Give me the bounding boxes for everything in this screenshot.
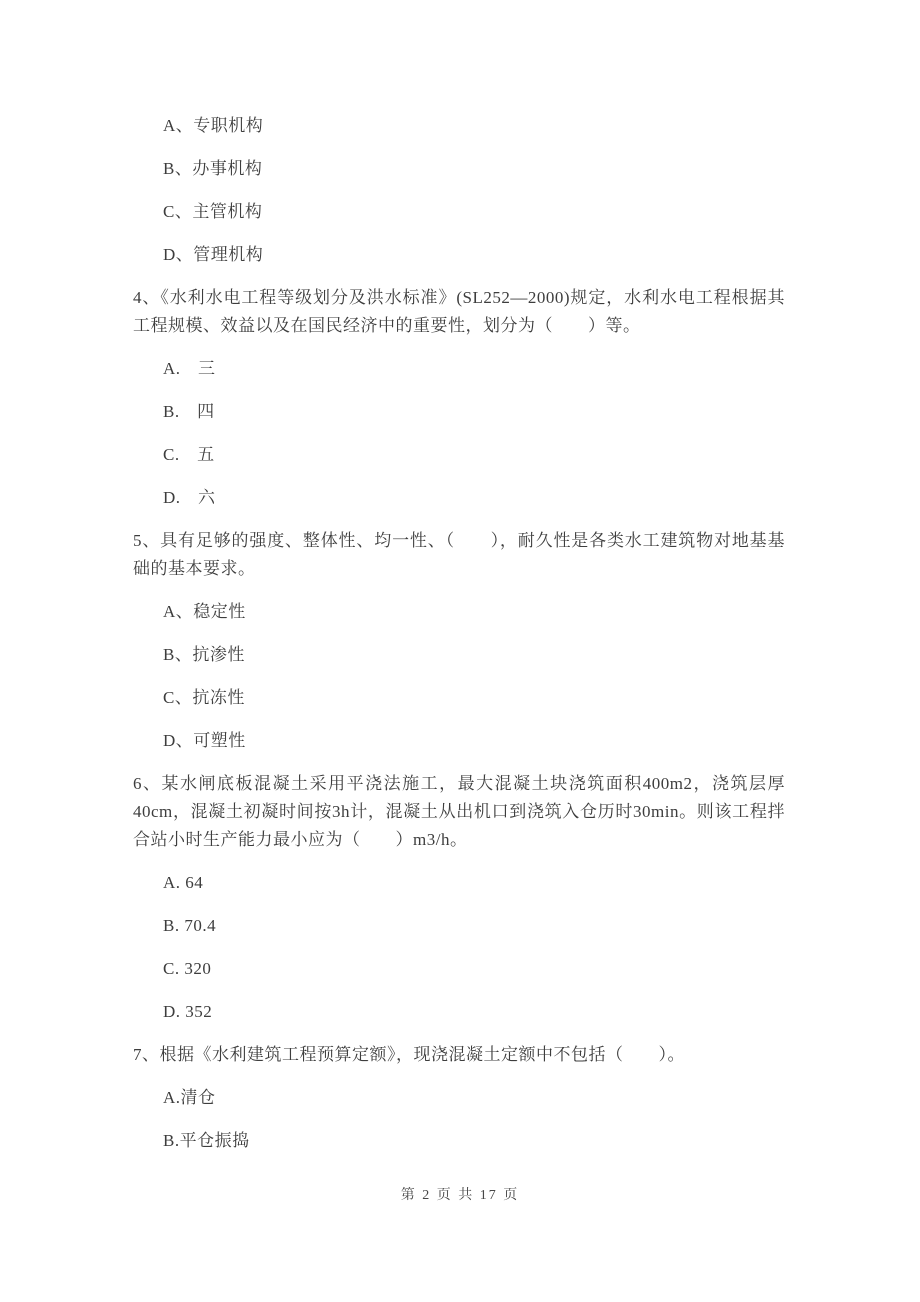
- question-3-option-b: B、办事机构: [163, 155, 785, 183]
- question-6: 6、某水闸底板混凝土采用平浇法施工，最大混凝土块浇筑面积400m2，浇筑层厚40…: [133, 770, 785, 1026]
- question-3-option-a: A、专职机构: [163, 112, 785, 140]
- question-5: 5、具有足够的强度、整体性、均一性、（ ），耐久性是各类水工建筑物对地基基础的基…: [133, 527, 785, 755]
- question-5-option-a: A、稳定性: [163, 598, 785, 626]
- question-4-option-c: C. 五: [163, 441, 785, 469]
- question-5-option-d: D、可塑性: [163, 727, 785, 755]
- question-7-option-b: B.平仓振捣: [163, 1127, 785, 1155]
- question-5-option-b: B、抗渗性: [163, 641, 785, 669]
- question-3-option-c: C、主管机构: [163, 198, 785, 226]
- exam-page-content: A、专职机构 B、办事机构 C、主管机构 D、管理机构 4、《水利水电工程等级划…: [133, 112, 785, 1170]
- question-4-option-d: D. 六: [163, 484, 785, 512]
- question-6-option-b: B. 70.4: [163, 912, 785, 940]
- question-6-option-c: C. 320: [163, 955, 785, 983]
- question-6-stem: 6、某水闸底板混凝土采用平浇法施工，最大混凝土块浇筑面积400m2，浇筑层厚40…: [133, 770, 785, 854]
- question-6-option-a: A. 64: [163, 869, 785, 897]
- question-3-options: A、专职机构 B、办事机构 C、主管机构 D、管理机构: [133, 112, 785, 269]
- question-7: 7、根据《水利建筑工程预算定额》，现浇混凝土定额中不包括（ ）。 A.清仓 B.…: [133, 1041, 785, 1155]
- question-3-option-d: D、管理机构: [163, 241, 785, 269]
- question-4-option-a: A. 三: [163, 355, 785, 383]
- question-7-stem: 7、根据《水利建筑工程预算定额》，现浇混凝土定额中不包括（ ）。: [133, 1041, 785, 1069]
- question-6-option-d: D. 352: [163, 998, 785, 1026]
- question-7-option-a: A.清仓: [163, 1084, 785, 1112]
- question-5-stem: 5、具有足够的强度、整体性、均一性、（ ），耐久性是各类水工建筑物对地基基础的基…: [133, 527, 785, 583]
- question-5-option-c: C、抗冻性: [163, 684, 785, 712]
- page-footer: 第 2 页 共 17 页: [0, 1186, 920, 1206]
- question-4: 4、《水利水电工程等级划分及洪水标准》(SL252—2000)规定，水利水电工程…: [133, 284, 785, 512]
- question-4-option-b: B. 四: [163, 398, 785, 426]
- question-4-stem: 4、《水利水电工程等级划分及洪水标准》(SL252—2000)规定，水利水电工程…: [133, 284, 785, 340]
